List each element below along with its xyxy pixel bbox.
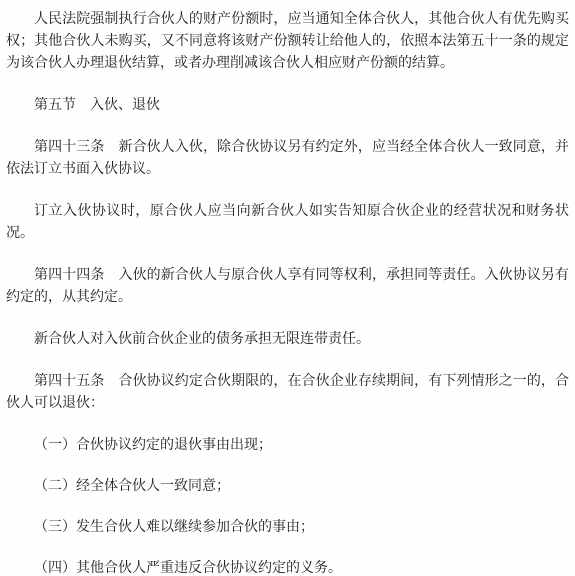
list-item-4: （四）其他合伙人严重违反合伙协议约定的义务。 — [6, 558, 569, 576]
paragraph-court-enforcement: 人民法院强制执行合伙人的财产份额时，应当通知全体合伙人，其他合伙人有优先购买权；… — [6, 9, 569, 75]
legal-document-page: 人民法院强制执行合伙人的财产份额时，应当通知全体合伙人，其他合伙人有优先购买权；… — [0, 0, 575, 576]
paragraph-article-45: 第四十五条 合伙协议约定合伙期限的，在合伙企业存续期间，有下列情形之一的，合伙人… — [6, 371, 569, 415]
paragraph-article-44: 第四十四条 入伙的新合伙人与原合伙人享有同等权利，承担同等责任。入伙协议另有约定… — [6, 265, 569, 309]
list-item-1: （一）合伙协议约定的退伙事由出现； — [6, 435, 569, 457]
paragraph-new-partner-liability: 新合伙人对入伙前合伙企业的债务承担无限连带责任。 — [6, 329, 569, 351]
list-item-2: （二）经全体合伙人一致同意； — [6, 476, 569, 498]
paragraph-entry-agreement-disclosure: 订立入伙协议时，原合伙人应当向新合伙人如实告知原合伙企业的经营状况和财务状况。 — [6, 201, 569, 245]
list-item-3: （三）发生合伙人难以继续参加合伙的事由； — [6, 517, 569, 539]
paragraph-article-43: 第四十三条 新合伙人入伙，除合伙协议另有约定外，应当经全体合伙人一致同意，并依法… — [6, 137, 569, 181]
section-heading-entry-withdrawal: 第五节 入伙、退伙 — [6, 95, 569, 117]
